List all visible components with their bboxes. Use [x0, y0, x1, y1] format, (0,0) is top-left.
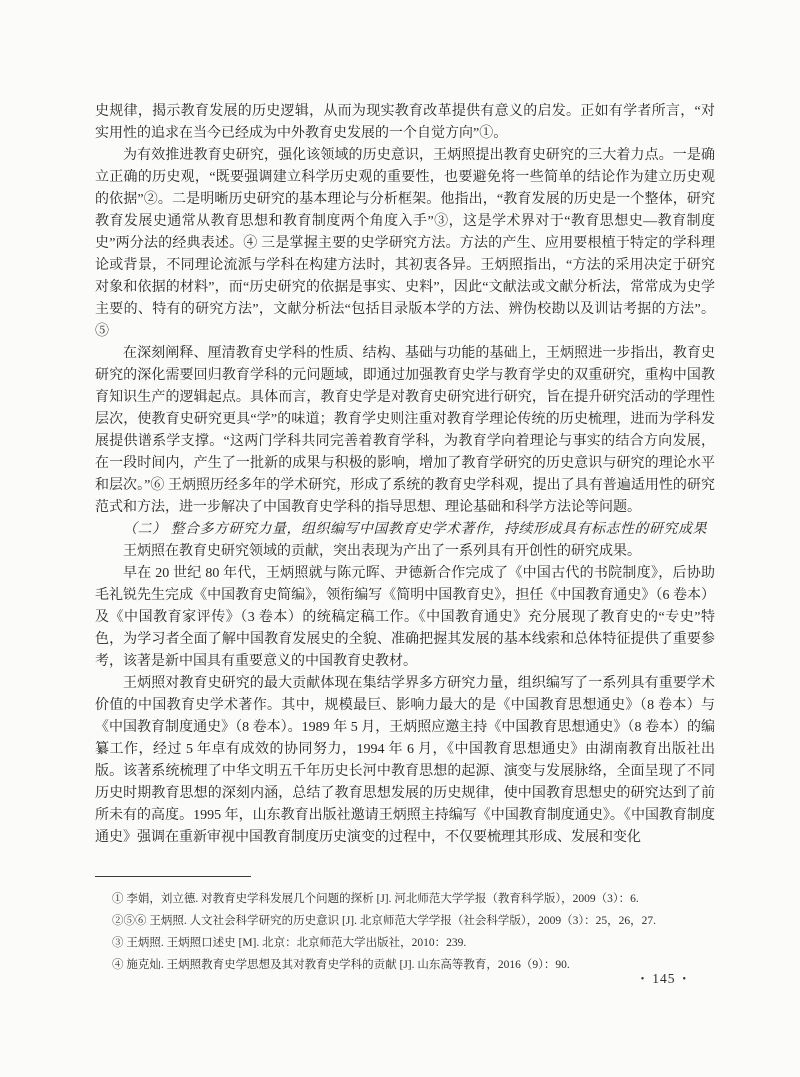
- body-paragraph: 王炳照对教育史研究的最大贡献体现在集结学界多方研究力量，组织编写了一系列具有重要…: [95, 673, 715, 849]
- article-body: 史规律，揭示教育发展的历史逻辑，从而为现实教育改革提供有意义的启发。正如有学者所…: [95, 101, 715, 849]
- page-number-dot-right: •: [682, 974, 687, 985]
- body-paragraph: 在深刻阐释、厘清教育史学科的性质、结构、基础与功能的基础上，王炳照进一步指出，教…: [95, 343, 715, 519]
- body-paragraph: 早在 20 世纪 80 年代，王炳照就与陈元晖、尹德新合作完成了《中国古代的书院…: [95, 563, 715, 673]
- page-number-dot-left: •: [641, 974, 646, 985]
- page-number-value: 145: [652, 971, 675, 986]
- body-paragraph: 王炳照在教育史研究领域的贡献，突出表现为产出了一系列具有开创性的研究成果。: [95, 541, 715, 563]
- footnote-item: ②⑤⑥ 王炳照. 人文社会科学研究的历史意识 [J]. 北京师范大学学报（社会科…: [95, 910, 740, 932]
- section-heading: （二） 整合多方研究力量，组织编写中国教育史学术著作，持续形成具有标志性的研究成…: [95, 519, 715, 541]
- body-paragraph: 为有效推进教育史研究，强化该领域的历史意识，王炳照提出教育史研究的三大着力点。一…: [95, 145, 715, 343]
- document-page: 史规律，揭示教育发展的历史逻辑，从而为现实教育改革提供有意义的启发。正如有学者所…: [0, 0, 800, 1077]
- footnote-item: ③ 王炳照. 王炳照口述史 [M]. 北京：北京师范大学出版社，2010：239…: [95, 932, 740, 954]
- page-number: •145•: [634, 971, 694, 987]
- footnote-separator: [95, 876, 251, 877]
- body-paragraph-continuation: 史规律，揭示教育发展的历史逻辑，从而为现实教育改革提供有意义的启发。正如有学者所…: [95, 101, 715, 145]
- footnotes-section: ① 李娟，刘立德. 对教育史学科发展几个问题的探析 [J]. 河北师范大学学报（…: [95, 876, 740, 976]
- footnote-item: ① 李娟，刘立德. 对教育史学科发展几个问题的探析 [J]. 河北师范大学学报（…: [95, 888, 740, 910]
